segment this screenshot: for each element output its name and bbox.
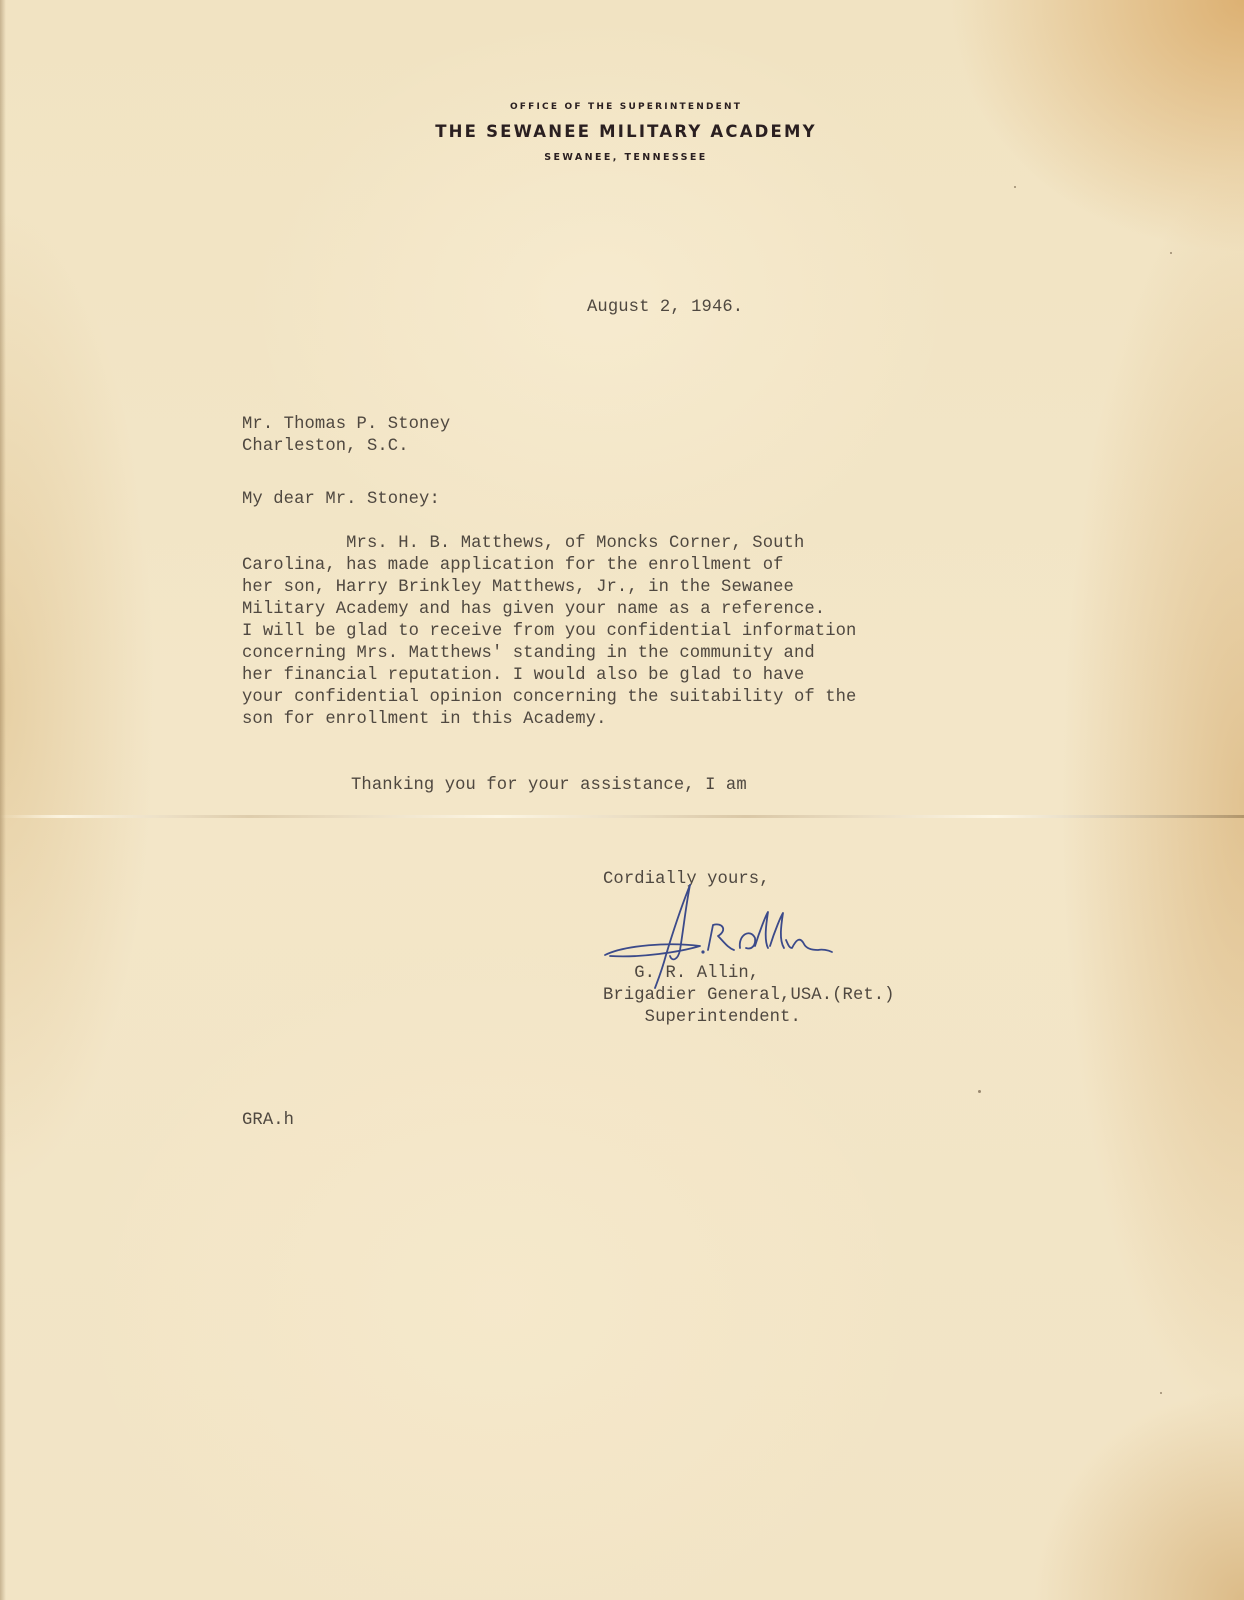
salutation: My dear Mr. Stoney:: [242, 489, 440, 511]
paper-speck: [1160, 1392, 1162, 1394]
body-line: son for enrollment in this Academy.: [242, 709, 856, 731]
paper-speck: [1170, 252, 1172, 254]
body-line: Carolina, has made application for the e…: [242, 555, 856, 577]
recipient-address: Charleston, S.C.: [242, 436, 450, 458]
recipient-name: Mr. Thomas P. Stoney: [242, 414, 450, 436]
paper-fold-crease: [0, 815, 1244, 818]
letter-page: OFFICE OF THE SUPERINTENDENT THE SEWANEE…: [0, 0, 1244, 1600]
reference-initials: GRA.h: [242, 1110, 294, 1132]
paper-edge-shadow: [0, 0, 6, 1600]
paper-speck: [1014, 186, 1016, 188]
signer-block: G. R. Allin,Brigadier General,USA.(Ret.)…: [603, 963, 895, 1029]
body-line: your confidential opinion concerning the…: [242, 687, 856, 709]
signer-position: Superintendent.: [603, 1007, 895, 1029]
signer-name: G. R. Allin,: [603, 963, 895, 985]
letterhead-location: SEWANEE, TENNESSEE: [4, 152, 1244, 163]
paper-speck: [978, 1090, 981, 1093]
body-paragraph: Mrs. H. B. Matthews, of Moncks Corner, S…: [242, 533, 856, 731]
body-line: Mrs. H. B. Matthews, of Moncks Corner, S…: [242, 533, 856, 555]
body-line: I will be glad to receive from you confi…: [242, 621, 856, 643]
signer-title: Brigadier General,USA.(Ret.): [603, 985, 895, 1007]
letterhead-institution: THE SEWANEE MILITARY ACADEMY: [4, 122, 1244, 141]
recipient-block: Mr. Thomas P. StoneyCharleston, S.C.: [242, 414, 450, 458]
body-line: her financial reputation. I would also b…: [242, 665, 856, 687]
letter-date: August 2, 1946.: [587, 297, 743, 319]
closing-line: Thanking you for your assistance, I am: [351, 775, 747, 797]
body-line: concerning Mrs. Matthews' standing in th…: [242, 643, 856, 665]
body-line: Military Academy and has given your name…: [242, 599, 856, 621]
body-line: her son, Harry Brinkley Matthews, Jr., i…: [242, 577, 856, 599]
letterhead-office: OFFICE OF THE SUPERINTENDENT: [4, 102, 1244, 112]
